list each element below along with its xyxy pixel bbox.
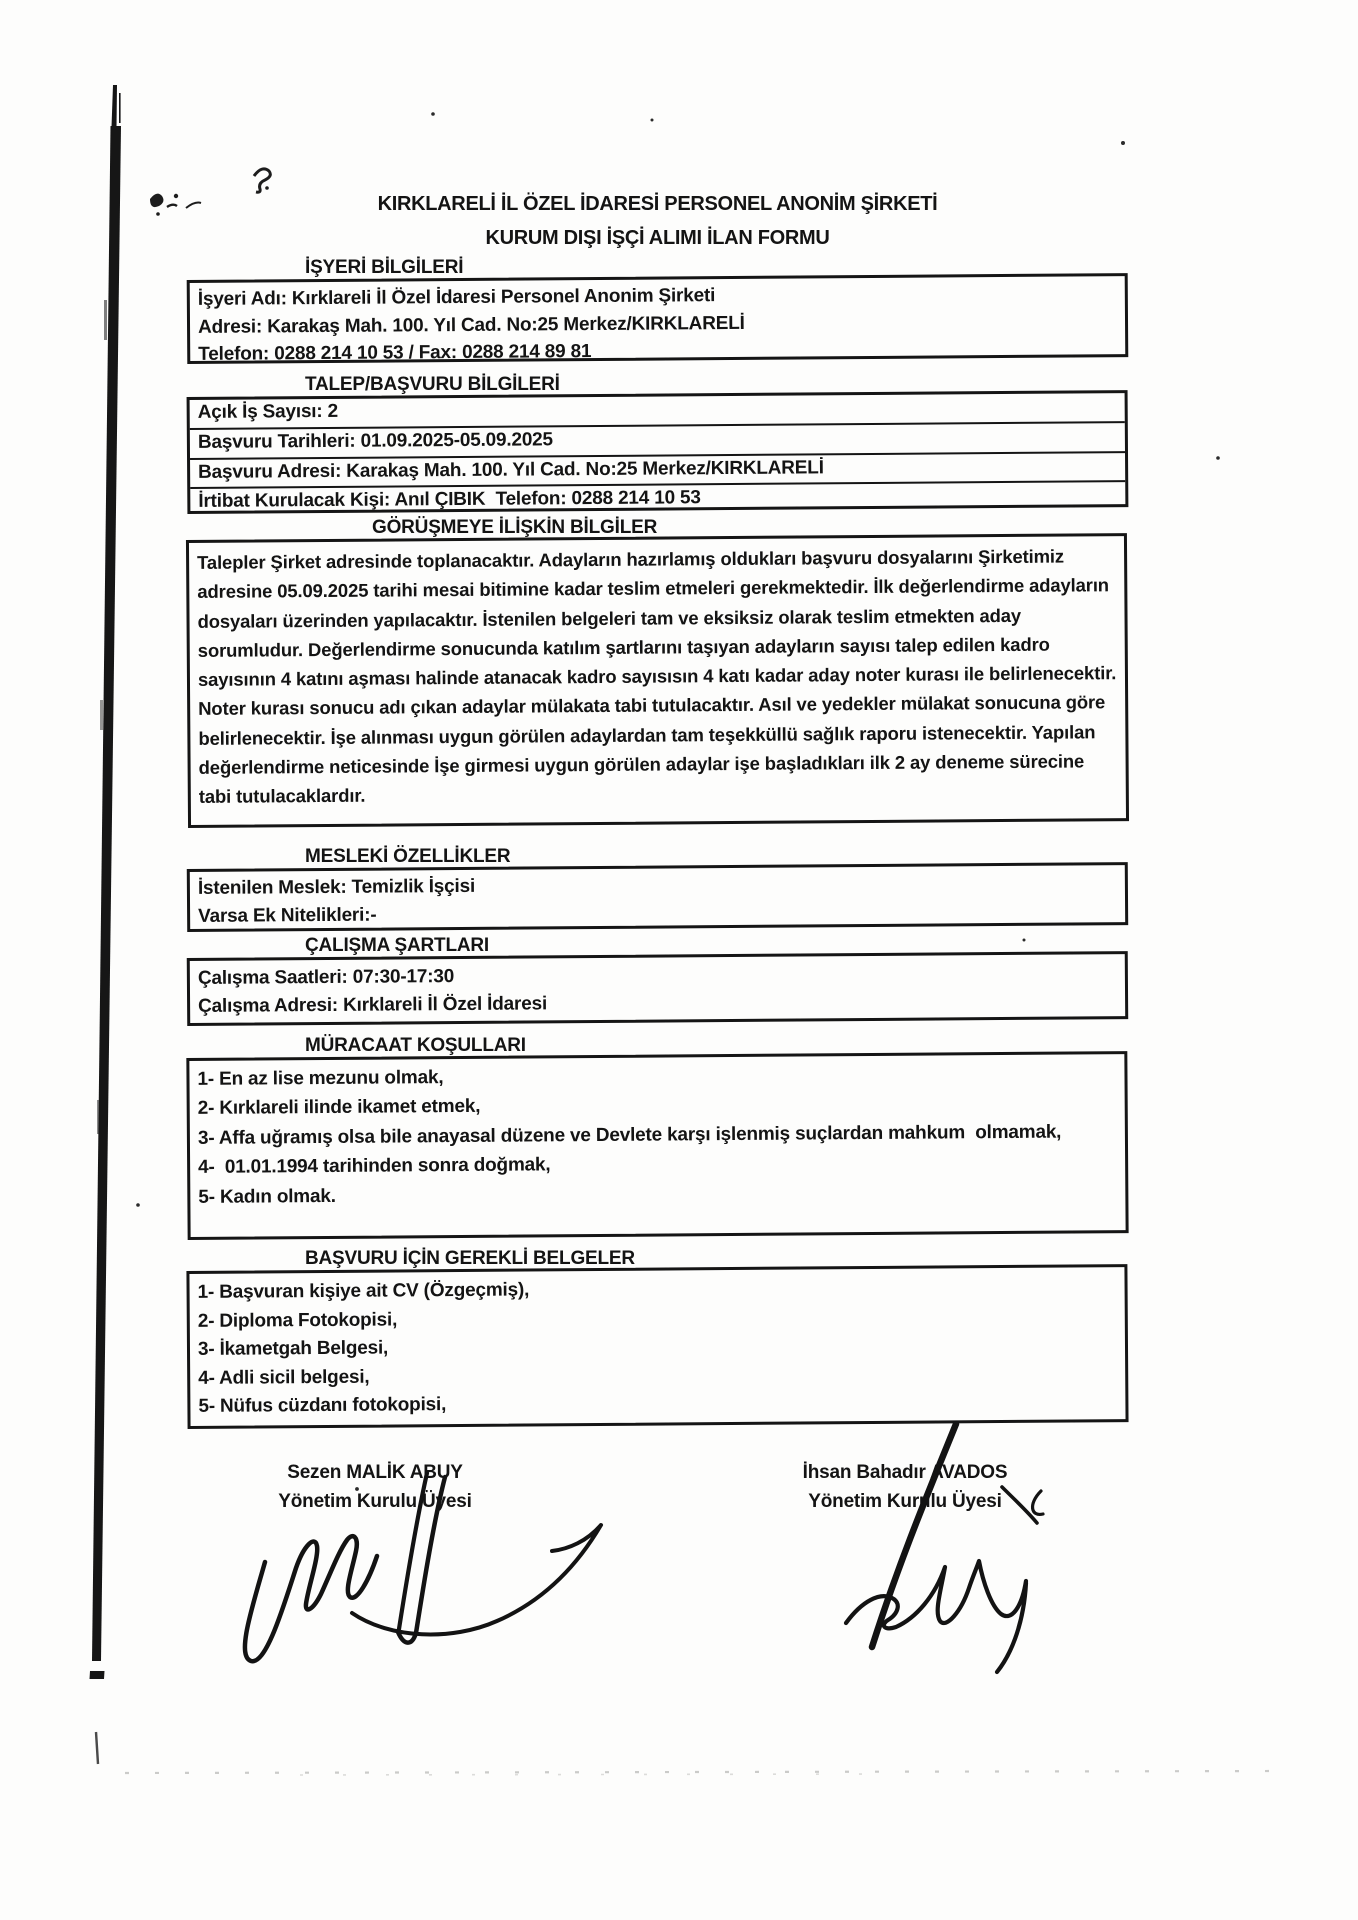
signer-title: Yönetim Kurulu Üyesi — [210, 1490, 540, 1514]
document-title: KIRKLARELİ İL ÖZEL İDARESİ PERSONEL ANON… — [187, 191, 1128, 251]
section-box: İstenilen Meslek: Temizlik İşçisi Varsa … — [187, 862, 1128, 932]
field-row: İrtibat Kurulacak Kişi: Anıl ÇIBIK Telef… — [190, 483, 1125, 518]
title-line-2: KURUM DIŞI İŞÇİ ALIMI İLAN FORMU — [187, 225, 1128, 251]
section-paragraph: Talepler Şirket adresinde toplanacaktır.… — [189, 536, 1126, 812]
section-box: Çalışma Saatleri: 07:30-17:30 Çalışma Ad… — [187, 951, 1128, 1026]
section-mesleki-ozellikler: MESLEKİ ÖZELLİKLER İstenilen Meslek: Tem… — [187, 845, 1128, 932]
section-gerekli-belgeler: BAŞVURU İÇİN GEREKLİ BELGELER 1- Başvura… — [187, 1247, 1128, 1429]
field-row: Telefon: 0288 214 10 53 / Fax: 0288 214 … — [190, 334, 1125, 368]
signature-block-left: Sezen MALİK ABUY Yönetim Kurulu Üyesi — [210, 1461, 540, 1514]
section-box: 1- Başvuran kişiye ait CV (Özgeçmiş), 2-… — [186, 1264, 1128, 1429]
section-box: İşyeri Adı: Kırklareli İl Özel İdaresi P… — [187, 273, 1129, 364]
section-muracaat-kosullari: MÜRACAAT KOŞULLARI 1- En az lise mezunu … — [187, 1034, 1128, 1240]
section-talep-basvuru: TALEP/BAŞVURU BİLGİLERİ Açık İş Sayısı: … — [187, 373, 1128, 514]
section-box: Açık İş Sayısı: 2 Başvuru Tarihleri: 01.… — [187, 390, 1129, 514]
list-item: 5- Nüfus cüzdanı fotokopisi, — [190, 1386, 1125, 1421]
section-box: Talepler Şirket adresinde toplanacaktır.… — [186, 533, 1129, 828]
signature-block-right: İhsan Bahadır AVADOS Yönetim Kurulu Üyes… — [740, 1461, 1070, 1514]
section-box: 1- En az lise mezunu olmak, 2- Kırklarel… — [186, 1051, 1128, 1240]
scanned-document-page: KIRKLARELİ İL ÖZEL İDARESİ PERSONEL ANON… — [0, 0, 1358, 1920]
section-gorusme-bilgileri: GÖRÜŞMEYE İLİŞKİN BİLGİLER Talepler Şirk… — [187, 516, 1128, 828]
signer-name: Sezen MALİK ABUY — [210, 1461, 540, 1485]
signer-title: Yönetim Kurulu Üyesi — [740, 1490, 1070, 1514]
title-line-1: KIRKLARELİ İL ÖZEL İDARESİ PERSONEL ANON… — [187, 191, 1128, 217]
list-item: 5- Kadın olmak. — [190, 1176, 1125, 1212]
section-calisma-sartlari: ÇALIŞMA ŞARTLARI Çalışma Saatleri: 07:30… — [187, 934, 1128, 1026]
signer-name: İhsan Bahadır AVADOS — [740, 1461, 1070, 1485]
section-isyeri-bilgileri: İŞYERİ BİLGİLERİ İşyeri Adı: Kırklareli … — [187, 256, 1128, 364]
